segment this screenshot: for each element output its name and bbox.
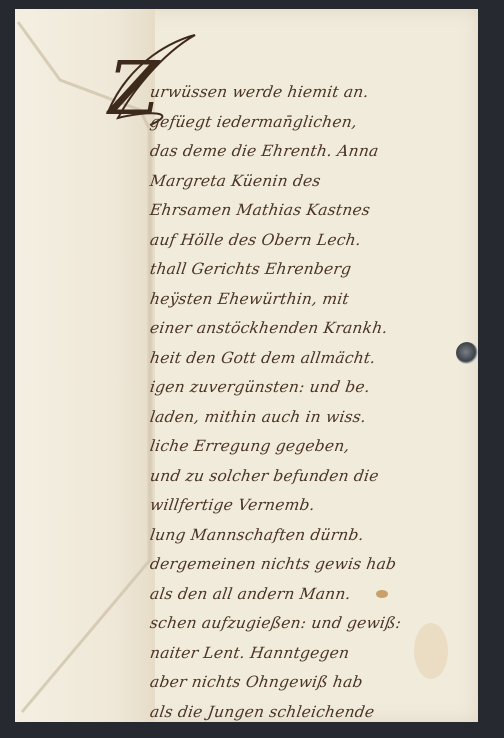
- text-line: Ehrsamen Mathias Kastnes: [148, 196, 472, 226]
- text-line: und zu solcher befunden die: [148, 462, 472, 492]
- text-line: laden, mithin auch in wiss.: [148, 403, 472, 433]
- text-line: auf Hölle des Obern Lech.: [148, 226, 472, 256]
- water-stain: [414, 623, 448, 679]
- text-line: heÿsten Ehewürthin, mit: [148, 285, 472, 315]
- text-line: thall Gerichts Ehrenberg: [148, 255, 472, 285]
- text-line: dergemeinen nichts gewis hab: [148, 550, 472, 580]
- ink-spot: [376, 590, 388, 598]
- text-line: Margreta Küenin des: [148, 167, 472, 197]
- text-line: als die Jungen schleichende: [148, 698, 472, 728]
- text-line: urwüssen werde hiemit an.: [148, 78, 472, 108]
- text-line: willfertige Vernemb.: [148, 491, 472, 521]
- text-line: einer anstöckhenden Krankh.: [148, 314, 472, 344]
- text-line: lung Mannschaften dürnb.: [148, 521, 472, 551]
- text-line: heit den Gott dem allmächt.: [148, 344, 472, 374]
- text-line: das deme die Ehrenth. Anna: [148, 137, 472, 167]
- text-line: als den all andern Mann.: [148, 580, 472, 610]
- text-line: gefüegt iederman̄glichen,: [148, 108, 472, 138]
- pin-icon: [456, 342, 478, 364]
- text-line: liche Erregung gegeben,: [148, 432, 472, 462]
- text-line: igen zuvergünsten: und be.: [148, 373, 472, 403]
